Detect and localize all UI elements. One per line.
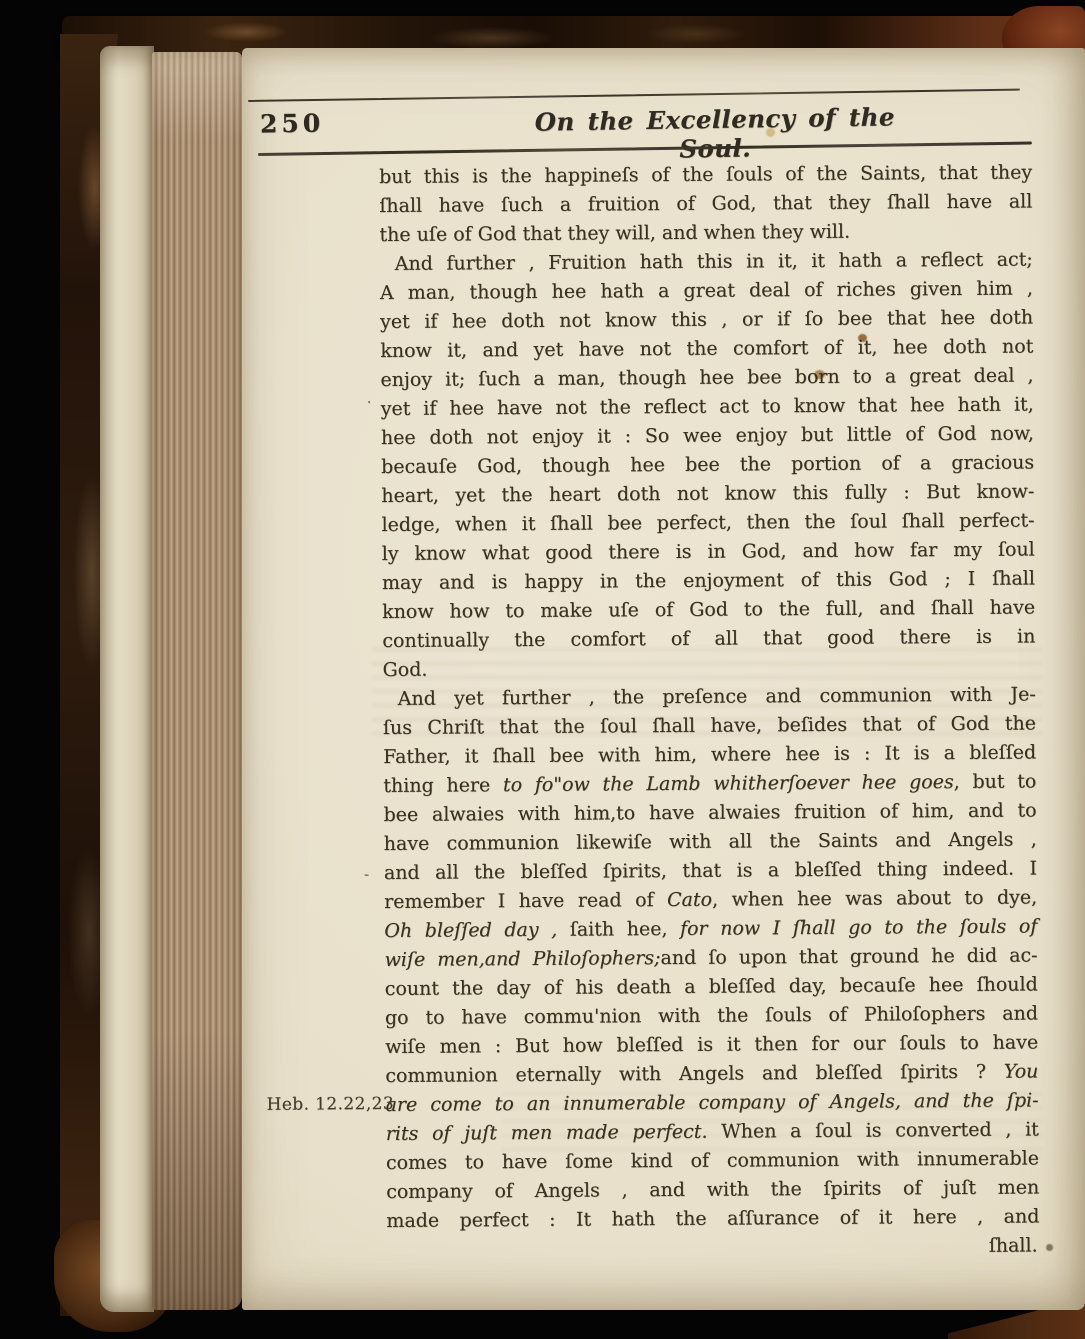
text-line: And yet further , the preſence and commu… [383, 680, 1036, 714]
text-line: go to have commu'nion with the ſouls of … [385, 999, 1038, 1033]
text-line: wiſe men : But how bleſſed is it then fo… [385, 1028, 1038, 1062]
text-line: yet if hee have not the reflect act to k… [381, 390, 1034, 424]
text-line: thing here to fo"ow the Lamb whitherſoev… [383, 767, 1036, 801]
text-line: ſus Chriſt that the ſoul ſhall have, beſ… [383, 709, 1036, 743]
page-block-outer-edge [100, 46, 154, 1312]
text-line: Oh bleſſed day , ſaith hee, for now I ſh… [384, 912, 1037, 946]
text-line: communion eternally with Angels and bleſ… [385, 1057, 1038, 1091]
text-line: may and is happy in the enjoyment of thi… [382, 564, 1035, 598]
text-line: made perfect : It hath the aſſurance of … [386, 1202, 1039, 1236]
text-line: A man, though hee hath a great deal of r… [380, 274, 1033, 308]
text-line: heart, yet the heart doth not know this … [381, 477, 1034, 511]
text-line: hee doth not enjoy it : So wee enjoy but… [381, 419, 1034, 453]
text-line: but this is the happineſs of the ſouls o… [379, 158, 1032, 192]
running-header-title: On the Excellency of the Soul. [500, 102, 931, 166]
paper-stain [1046, 1244, 1053, 1251]
text-line: rits of juſt men made perfect. When a ſo… [386, 1115, 1039, 1149]
text-line: know it, and yet have not the comfort of… [380, 332, 1033, 366]
margin-mark: - [364, 865, 369, 883]
text-line: ſhall have ſuch a fruition of God, that … [379, 187, 1032, 221]
text-line: are come to an innumerable company of An… [385, 1086, 1038, 1120]
text-line: yet if hee doth not know this , or if ſo… [380, 303, 1033, 337]
text-line: ledge, when it ſhall bee perfect, then t… [381, 506, 1034, 540]
page-number: 250 [260, 109, 325, 139]
text-line: bee alwaies with him,to have alwaies fru… [383, 796, 1036, 830]
body-text-column: Heb. 12.22,23 · - but this is the happin… [379, 158, 1040, 1265]
text-line: comes to have ſome kind of communion wit… [386, 1144, 1039, 1178]
text-line: wiſe men,and Philoſophers;and ſo upon th… [384, 941, 1037, 975]
page-fore-edge-texture [152, 52, 242, 1310]
text-line: enjoy it; ſuch a man, though hee bee bor… [380, 361, 1033, 395]
text-line: ly know what good there is in God, and h… [382, 535, 1035, 569]
text-line: Father, it ſhall bee with him, where hee… [383, 738, 1036, 772]
text-line: God. [382, 651, 1035, 685]
text-line: company of Angels , and with the ſpirits… [386, 1173, 1039, 1207]
margin-mark: · [367, 393, 372, 411]
text-line: count the day of his death a bleſſed day… [385, 970, 1038, 1004]
text-line: know how to make uſe of God to the full,… [382, 593, 1035, 627]
book-scan-photo: 250 On the Excellency of the Soul. Heb. … [0, 0, 1085, 1339]
catchword: ſhall. [386, 1231, 1039, 1265]
text-line: becauſe God, though hee bee the portion … [381, 448, 1034, 482]
text-line: and all the bleſſed ſpirits, that is a b… [384, 854, 1037, 888]
text-line: the uſe of God that they will, and when … [379, 216, 1032, 250]
text-line: remember I have read of Cato, when hee w… [384, 883, 1037, 917]
text-line: continually the comfort of all that good… [382, 622, 1035, 656]
text-line: have communion likewiſe with all the Sai… [384, 825, 1037, 859]
marginal-scripture-note: Heb. 12.22,23 [267, 1094, 392, 1115]
text-line: And further , Fruition hath this in it, … [380, 245, 1033, 279]
